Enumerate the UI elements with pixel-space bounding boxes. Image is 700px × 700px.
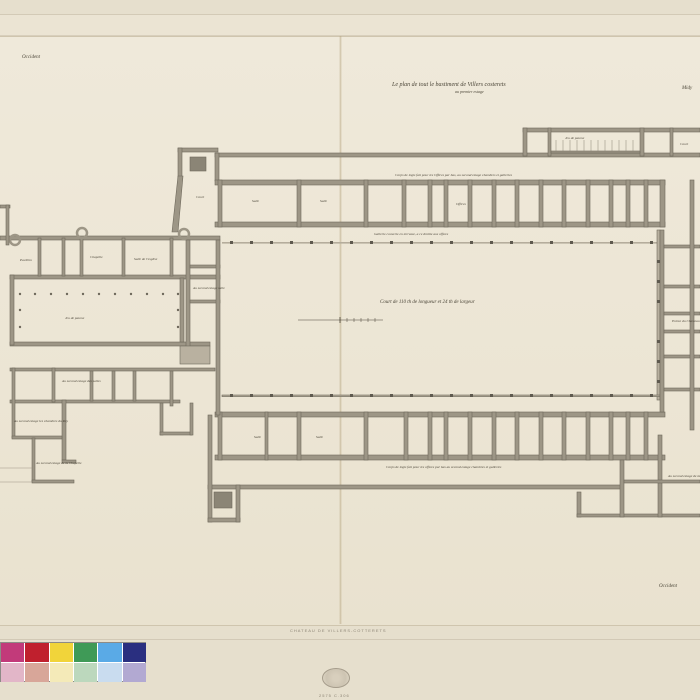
upper-outer-wall bbox=[215, 153, 700, 157]
wing-note: Corps de logis fait pour les offices par… bbox=[386, 466, 501, 470]
swatch-red bbox=[25, 643, 48, 662]
swatch-light-blue bbox=[123, 663, 146, 682]
room-label: Au second estage de la chambre bbox=[668, 475, 700, 479]
orientation-label-top-right: Midy bbox=[682, 86, 692, 91]
inventory-number: 2575 C.306 bbox=[319, 693, 350, 698]
room-label: Salle bbox=[252, 200, 259, 204]
swatch-green bbox=[74, 643, 97, 662]
room-label: Jeu de paume bbox=[65, 317, 84, 321]
collection-stamp-icon bbox=[322, 668, 350, 688]
swatch-light-yellow bbox=[50, 663, 73, 682]
swatch-light-red bbox=[25, 663, 48, 682]
room-label: Offices bbox=[456, 203, 466, 207]
orientation-label-top-left: Occident bbox=[22, 55, 40, 60]
swatch-cyan bbox=[98, 643, 121, 662]
plan-title: Le plan de tout le bastiment de Villers … bbox=[392, 82, 506, 88]
room-label: Pavillon bbox=[20, 259, 32, 263]
room-label: Court bbox=[196, 196, 204, 200]
scale-bar bbox=[298, 317, 383, 323]
floor-plan bbox=[0, 0, 700, 700]
court-label: Court de 110 th de longueur et 24 th de … bbox=[380, 300, 475, 305]
swatch-row-pastel bbox=[1, 663, 147, 682]
room-label: Au second estage de la Chapelle bbox=[36, 462, 82, 466]
swatch-row-saturated bbox=[1, 643, 147, 662]
swatch-magenta bbox=[1, 643, 24, 662]
orientation-label-bottom-right: Occident bbox=[659, 584, 677, 589]
room-label: Jeu de paume bbox=[565, 137, 584, 141]
room-label: Salle bbox=[316, 436, 323, 440]
color-calibration-strip bbox=[0, 642, 146, 682]
mount-rule bbox=[0, 639, 700, 640]
room-label: Au second estage des salles bbox=[62, 380, 101, 384]
swatch-yellow bbox=[50, 643, 73, 662]
lower-wing-south-wall bbox=[215, 455, 665, 460]
plan-subtitle: au premier estage bbox=[455, 90, 484, 94]
room-label: Au second estage les chambres du Roy bbox=[14, 420, 68, 424]
room-label: Salle bbox=[320, 200, 327, 204]
room-label: Salle bbox=[254, 436, 261, 440]
gallery-note: Gallerie couverte en terrasse, a ce droi… bbox=[374, 233, 448, 237]
room-label: Au second estage salle bbox=[193, 287, 225, 291]
room-label: Court bbox=[680, 143, 688, 147]
room-label: Salle de l'esglise bbox=[134, 258, 157, 262]
swatch-blue bbox=[123, 643, 146, 662]
upper-wing-south-wall bbox=[215, 222, 665, 227]
upper-wing-north-wall bbox=[215, 180, 665, 185]
mount-caption: CHATEAU DE VILLERS-COTTERETS bbox=[290, 628, 387, 633]
room-label: Chapelle bbox=[90, 256, 103, 260]
wing-note: Corps de logis fait pour les Offices par… bbox=[395, 174, 512, 178]
lower-wing-north-wall bbox=[215, 412, 665, 417]
room-label: Entree du Chasteau bbox=[672, 320, 700, 324]
swatch-light-green bbox=[74, 663, 97, 682]
swatch-light-cyan bbox=[98, 663, 121, 682]
swatch-light-magenta bbox=[1, 663, 24, 682]
